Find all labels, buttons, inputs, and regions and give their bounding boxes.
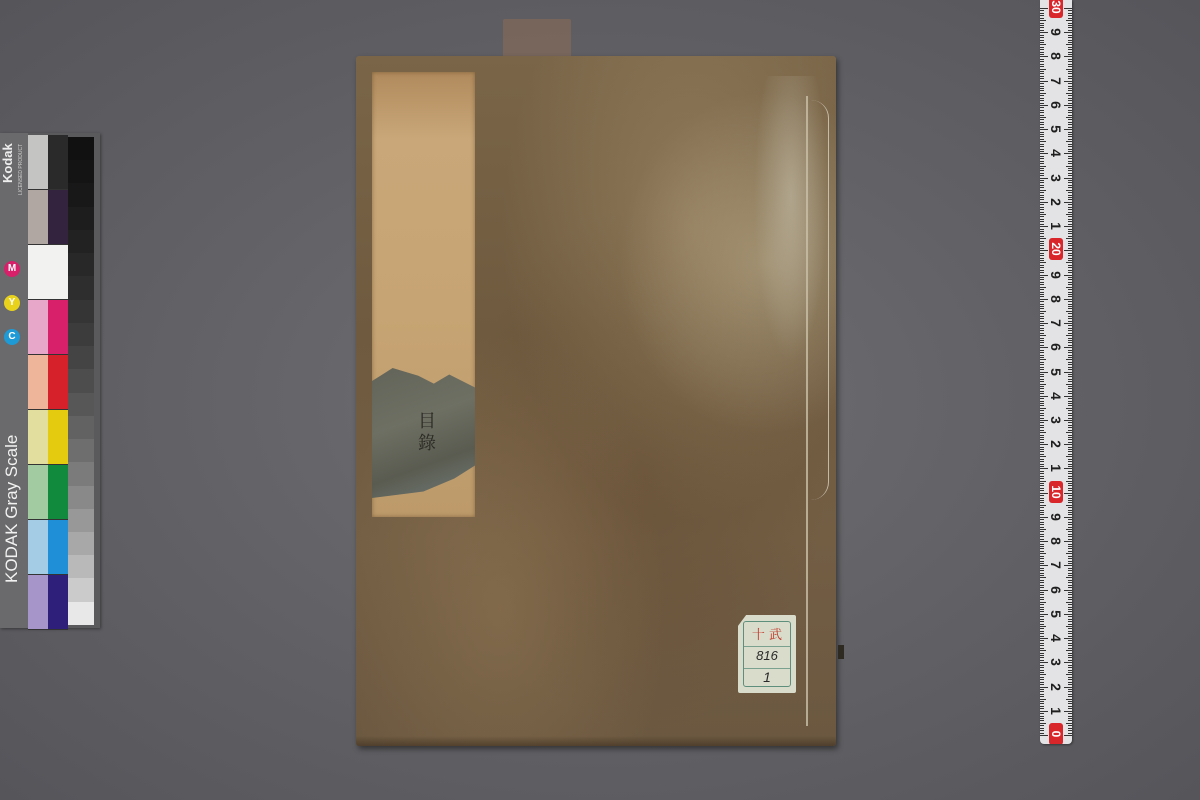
library-call-number-label: 十 武 816 1: [738, 615, 796, 693]
ruler-tick: [1068, 599, 1072, 600]
ruler-tick: [1064, 275, 1072, 276]
ruler-tick: [1066, 166, 1072, 167]
kodak-brand-sub: LICENSED PRODUCT: [18, 144, 24, 195]
ruler-tick: [1068, 321, 1072, 322]
binding-thread: [810, 100, 829, 500]
ruler-tick: [1068, 219, 1072, 220]
ruler-tick: [1040, 476, 1044, 477]
ruler-tick: [1066, 650, 1072, 651]
ruler-tick: [1040, 158, 1044, 159]
ruler-tick: [1040, 54, 1044, 55]
ruler-tick: [1040, 86, 1044, 87]
ruler-tick: [1040, 197, 1044, 198]
ruler-tick: [1066, 141, 1072, 142]
ruler-tick: [1068, 146, 1072, 147]
ruler-tick: [1040, 466, 1044, 467]
ruler-tick: [1040, 594, 1044, 595]
ruler-tick: [1068, 243, 1072, 244]
ruler-number: 7: [1048, 316, 1064, 330]
gray-scale-strip: [68, 137, 94, 625]
ruler-tick: [1068, 619, 1072, 620]
ruler-number: 5: [1048, 365, 1064, 379]
ruler-tick: [1068, 156, 1072, 157]
ruler-tick: [1068, 316, 1072, 317]
ruler-tick: [1068, 478, 1072, 479]
ruler-tick: [1064, 153, 1072, 154]
ruler-tick: [1040, 248, 1044, 249]
ruler-tick: [1068, 415, 1072, 416]
ruler-tick: [1068, 716, 1072, 717]
ruler-tick: [1040, 449, 1044, 450]
ruler-tick: [1066, 432, 1072, 433]
ruler-tick: [1064, 517, 1072, 518]
ruler-number: 6: [1048, 98, 1064, 112]
ruler-tick: [1040, 265, 1044, 266]
ruler-tick: [1040, 15, 1044, 16]
ruler-tick: [1040, 577, 1046, 578]
ruler-tick: [1066, 44, 1072, 45]
ruler-tick: [1068, 221, 1072, 222]
ruler-tick: [1040, 369, 1044, 370]
ruler-tick: [1068, 90, 1072, 91]
ruler-tick: [1040, 573, 1044, 574]
ruler-tick: [1040, 202, 1048, 203]
ruler-tick: [1040, 76, 1044, 77]
ruler-number: 1: [1048, 461, 1064, 475]
ruler-tick: [1040, 287, 1046, 288]
ruler-tick: [1068, 495, 1072, 496]
ruler-tick: [1040, 708, 1044, 709]
ruler-tick: [1068, 677, 1072, 678]
ruler-tick: [1068, 524, 1072, 525]
ruler-tick: [1040, 284, 1044, 285]
ruler-tick: [1040, 478, 1044, 479]
ruler-tick: [1040, 352, 1044, 353]
ruler-tick: [1040, 372, 1048, 373]
ruler-tick: [1068, 665, 1072, 666]
ruler-tick: [1040, 88, 1044, 89]
ruler-tick: [1068, 471, 1072, 472]
ruler-tick: [1068, 122, 1072, 123]
ruler-tick: [1068, 325, 1072, 326]
ruler-tick: [1068, 338, 1072, 339]
ruler-tick: [1068, 352, 1072, 353]
ruler-tick: [1066, 505, 1072, 506]
ruler-tick: [1040, 292, 1044, 293]
ruler-tick: [1068, 258, 1072, 259]
ruler-tick: [1040, 44, 1046, 45]
ruler-tick: [1064, 420, 1072, 421]
ruler-tick: [1040, 439, 1044, 440]
ruler-tick: [1040, 725, 1044, 726]
ruler-number: 2: [1048, 195, 1064, 209]
ruler-tick: [1040, 674, 1046, 675]
ruler-tick: [1040, 219, 1044, 220]
ruler-tick: [1068, 255, 1072, 256]
ruler-tick: [1040, 393, 1044, 394]
ruler-tick: [1064, 32, 1072, 33]
ruler-tick: [1040, 195, 1044, 196]
ruler-tick: [1068, 473, 1072, 474]
ruler-tick: [1040, 711, 1048, 712]
ruler-tick: [1068, 667, 1072, 668]
ruler-tick: [1068, 498, 1072, 499]
ruler-tick: [1040, 643, 1044, 644]
ruler-tick: [1040, 541, 1048, 542]
kodak-brand: Kodak: [0, 143, 15, 183]
ruler-tick: [1040, 253, 1044, 254]
ruler-tick: [1040, 587, 1044, 588]
ruler-number: 2: [1048, 437, 1064, 451]
label-line-3: 1: [744, 668, 790, 685]
label-line-1: 十 武: [744, 624, 790, 643]
ruler-tick: [1068, 488, 1072, 489]
ruler-tick: [1068, 124, 1072, 125]
ruler-tick: [1068, 282, 1072, 283]
ruler-tick: [1040, 199, 1044, 200]
ruler-tick: [1040, 304, 1044, 305]
ruler-tick: [1064, 711, 1072, 712]
ruler-tick: [1040, 546, 1044, 547]
ruler-tick: [1068, 483, 1072, 484]
ruler-number: 0: [1049, 723, 1063, 744]
ruler-tick: [1068, 199, 1072, 200]
ruler-tick: [1068, 670, 1072, 671]
ruler-tick: [1068, 655, 1072, 656]
ruler-tick: [1040, 226, 1048, 227]
ruler-tick: [1068, 52, 1072, 53]
ruler-tick: [1068, 386, 1072, 387]
ruler-tick: [1068, 405, 1072, 406]
ruler-tick: [1068, 289, 1072, 290]
ruler-number: 8: [1048, 292, 1064, 306]
ruler-tick: [1068, 204, 1072, 205]
ruler-tick: [1040, 161, 1044, 162]
ruler-tick: [1040, 699, 1046, 700]
ruler-tick: [1040, 694, 1044, 695]
ruler-tick: [1040, 386, 1044, 387]
color-patches-strong: [48, 135, 68, 630]
ruler-tick: [1068, 582, 1072, 583]
ruler-tick: [1040, 728, 1044, 729]
ruler-tick: [1068, 103, 1072, 104]
ruler-tick: [1040, 444, 1048, 445]
ruler-tick: [1066, 577, 1072, 578]
ruler-tick: [1040, 243, 1044, 244]
ruler-tick: [1066, 384, 1072, 385]
ruler-tick: [1068, 449, 1072, 450]
ruler-number: 4: [1048, 146, 1064, 160]
ruler-tick: [1068, 500, 1072, 501]
ruler-tick: [1040, 49, 1044, 50]
ruler-tick: [1040, 471, 1044, 472]
ruler-tick: [1068, 691, 1072, 692]
ruler-number: 3: [1048, 655, 1064, 669]
ruler-tick: [1068, 575, 1072, 576]
ruler-tick: [1064, 347, 1072, 348]
ruler-tick: [1066, 214, 1072, 215]
ruler-tick: [1040, 175, 1044, 176]
ruler-tick: [1040, 27, 1044, 28]
ruler-tick: [1068, 728, 1072, 729]
ruler-tick: [1040, 105, 1048, 106]
ruler-tick: [1068, 27, 1072, 28]
ruler-tick: [1040, 71, 1044, 72]
ruler-tick: [1064, 226, 1072, 227]
ruler-tick: [1040, 401, 1044, 402]
ruler-tick: [1040, 689, 1044, 690]
ruler-tick: [1040, 325, 1044, 326]
ruler-tick: [1068, 267, 1072, 268]
ruler-tick: [1068, 510, 1072, 511]
ruler-tick: [1068, 461, 1072, 462]
ruler-tick: [1064, 8, 1072, 9]
ruler-number: 9: [1048, 510, 1064, 524]
ruler-tick: [1040, 502, 1044, 503]
ruler-tick: [1064, 323, 1072, 324]
ruler-tick: [1040, 527, 1044, 528]
ruler-tick: [1066, 20, 1072, 21]
ruler-tick: [1040, 141, 1046, 142]
ruler-tick: [1064, 541, 1072, 542]
ruler-tick: [1068, 604, 1072, 605]
ruler-tick: [1068, 507, 1072, 508]
ruler-tick: [1040, 318, 1044, 319]
ruler-tick: [1040, 633, 1044, 634]
ruler-tick: [1068, 531, 1072, 532]
ruler-tick: [1040, 536, 1044, 537]
ruler-tick: [1040, 153, 1048, 154]
ruler-tick: [1040, 687, 1048, 688]
ruler-tick: [1040, 561, 1044, 562]
ruler-tick: [1068, 466, 1072, 467]
ruler-tick: [1040, 638, 1048, 639]
ruler-tick: [1068, 374, 1072, 375]
ruler-tick: [1040, 61, 1044, 62]
ruler-tick: [1068, 413, 1072, 414]
ruler-tick: [1068, 701, 1072, 702]
ruler-tick: [1040, 529, 1046, 530]
ruler-tick: [1040, 556, 1044, 557]
ruler-tick: [1068, 42, 1072, 43]
cmy-dot-y: Y: [4, 295, 20, 311]
ruler-tick: [1040, 260, 1044, 261]
ruler-tick: [1040, 519, 1044, 520]
ruler-tick: [1068, 107, 1072, 108]
title-slip-text: 目錄: [412, 411, 438, 455]
ruler-tick: [1068, 132, 1072, 133]
cmy-dot-c: C: [4, 329, 20, 345]
ruler-tick: [1040, 229, 1044, 230]
ruler-tick: [1040, 422, 1044, 423]
ruler-tick: [1040, 565, 1048, 566]
ruler-tick: [1040, 662, 1048, 663]
ruler-tick: [1040, 415, 1044, 416]
ruler-tick: [1040, 679, 1044, 680]
ruler-tick: [1068, 212, 1072, 213]
label-line-2: 816: [744, 646, 790, 663]
ruler-tick: [1040, 597, 1044, 598]
ruler-tick: [1066, 335, 1072, 336]
ruler-tick: [1040, 107, 1044, 108]
ruler-tick: [1064, 735, 1072, 736]
ruler-tick: [1040, 40, 1044, 41]
ruler-tick: [1040, 670, 1044, 671]
ruler-tick: [1068, 168, 1072, 169]
ruler-number: 5: [1048, 122, 1064, 136]
ruler-number: 2: [1048, 680, 1064, 694]
ruler-tick: [1040, 696, 1044, 697]
ruler-tick: [1068, 64, 1072, 65]
ruler-tick: [1040, 454, 1044, 455]
ruler-tick: [1040, 592, 1044, 593]
ruler-tick: [1066, 69, 1072, 70]
ruler-tick: [1068, 265, 1072, 266]
ruler-tick: [1040, 459, 1044, 460]
ruler-tick: [1040, 403, 1044, 404]
ruler-tick: [1068, 490, 1072, 491]
ruler-tick: [1040, 408, 1046, 409]
ruler-tick: [1068, 284, 1072, 285]
ruler-tick: [1068, 706, 1072, 707]
ruler-tick: [1068, 684, 1072, 685]
ruler-tick: [1040, 204, 1044, 205]
ruler-tick: [1040, 258, 1044, 259]
ruler-tick: [1066, 238, 1072, 239]
ruler-tick: [1068, 660, 1072, 661]
ruler-tick: [1040, 73, 1044, 74]
ruler-tick: [1040, 192, 1044, 193]
ruler-tick: [1040, 624, 1044, 625]
ruler-tick: [1040, 129, 1048, 130]
ruler-tick: [1068, 733, 1072, 734]
ruler-tick: [1068, 292, 1072, 293]
ruler-tick: [1040, 514, 1044, 515]
ruler-tick: [1040, 650, 1046, 651]
ruler-tick: [1040, 209, 1044, 210]
ruler-tick: [1068, 439, 1072, 440]
ruler-tick: [1040, 23, 1044, 24]
kodak-gray-scale-title: KODAK Gray Scale: [2, 435, 22, 583]
ruler-tick: [1040, 420, 1048, 421]
ruler-tick: [1066, 626, 1072, 627]
ruler-tick: [1068, 340, 1072, 341]
ruler-tick: [1068, 597, 1072, 598]
ruler-tick: [1040, 558, 1044, 559]
ruler-tick: [1040, 490, 1044, 491]
ruler-tick: [1040, 437, 1044, 438]
ruler-tick: [1040, 447, 1044, 448]
ruler-tick: [1040, 640, 1044, 641]
ruler-tick: [1068, 558, 1072, 559]
ruler-tick: [1068, 187, 1072, 188]
ruler-tick: [1040, 345, 1044, 346]
ruler-tick: [1068, 367, 1072, 368]
ruler-tick: [1040, 611, 1044, 612]
ruler-tick: [1040, 357, 1044, 358]
ruler-tick: [1066, 553, 1072, 554]
ruler-tick: [1040, 166, 1046, 167]
ruler-tick: [1040, 20, 1046, 21]
ruler-tick: [1040, 282, 1044, 283]
ruler-tick: [1068, 437, 1072, 438]
ruler-tick: [1040, 59, 1044, 60]
ruler-tick: [1040, 485, 1044, 486]
ruler-tick: [1040, 388, 1044, 389]
ruler-tick: [1068, 355, 1072, 356]
ruler-tick: [1068, 10, 1072, 11]
ruler-number: 7: [1048, 74, 1064, 88]
ruler-tick: [1068, 173, 1072, 174]
ruler-tick: [1040, 350, 1044, 351]
ruler-tick: [1068, 197, 1072, 198]
ruler-tick: [1068, 454, 1072, 455]
ruler-tick: [1040, 381, 1044, 382]
ruler-tick: [1068, 49, 1072, 50]
ruler-tick: [1068, 151, 1072, 152]
ruler-tick: [1040, 604, 1044, 605]
ruler-tick: [1040, 493, 1048, 494]
ruler-tick: [1040, 270, 1044, 271]
ruler-tick: [1066, 311, 1072, 312]
ruler-tick: [1040, 30, 1044, 31]
ruler-tick: [1040, 224, 1044, 225]
ruler-tick: [1068, 192, 1072, 193]
ruler-tick: [1040, 173, 1044, 174]
ruler-tick: [1040, 481, 1046, 482]
ruler-tick: [1066, 117, 1072, 118]
ruler-tick: [1066, 481, 1072, 482]
ruler-tick: [1068, 163, 1072, 164]
ruler-tick: [1068, 195, 1072, 196]
ruler-tick: [1040, 95, 1044, 96]
ruler-tick: [1068, 379, 1072, 380]
ruler-tick: [1040, 178, 1048, 179]
ruler-tick: [1040, 207, 1044, 208]
ruler-tick: [1068, 149, 1072, 150]
ruler-tick: [1040, 451, 1044, 452]
ruler-tick: [1068, 636, 1072, 637]
ruler-tick: [1040, 391, 1044, 392]
ruler-tick: [1040, 231, 1044, 232]
kodak-label-strip: Kodak LICENSED PRODUCT M Y C KODAK Gray …: [0, 133, 28, 628]
ruler-tick: [1040, 294, 1044, 295]
ruler-tick: [1068, 551, 1072, 552]
ruler-tick: [1040, 316, 1044, 317]
ruler-tick: [1068, 115, 1072, 116]
ruler-tick: [1068, 185, 1072, 186]
ruler-tick: [1068, 328, 1072, 329]
ruler-tick: [1068, 23, 1072, 24]
ruler-tick: [1040, 534, 1044, 535]
ruler-tick: [1040, 306, 1044, 307]
ruler-tick: [1040, 236, 1044, 237]
ruler-tick: [1040, 703, 1044, 704]
ruler-number: 6: [1048, 340, 1064, 354]
ruler-tick: [1040, 427, 1044, 428]
ruler-tick: [1040, 13, 1044, 14]
ruler-tick: [1068, 561, 1072, 562]
ruler-tick: [1040, 289, 1044, 290]
ruler-tick: [1068, 643, 1072, 644]
ruler-tick: [1068, 519, 1072, 520]
ruler-tick: [1068, 398, 1072, 399]
ruler-tick: [1040, 410, 1044, 411]
ruler-tick: [1040, 655, 1044, 656]
ruler-tick: [1068, 393, 1072, 394]
ruler-tick: [1068, 260, 1072, 261]
ruler-tick: [1040, 733, 1044, 734]
